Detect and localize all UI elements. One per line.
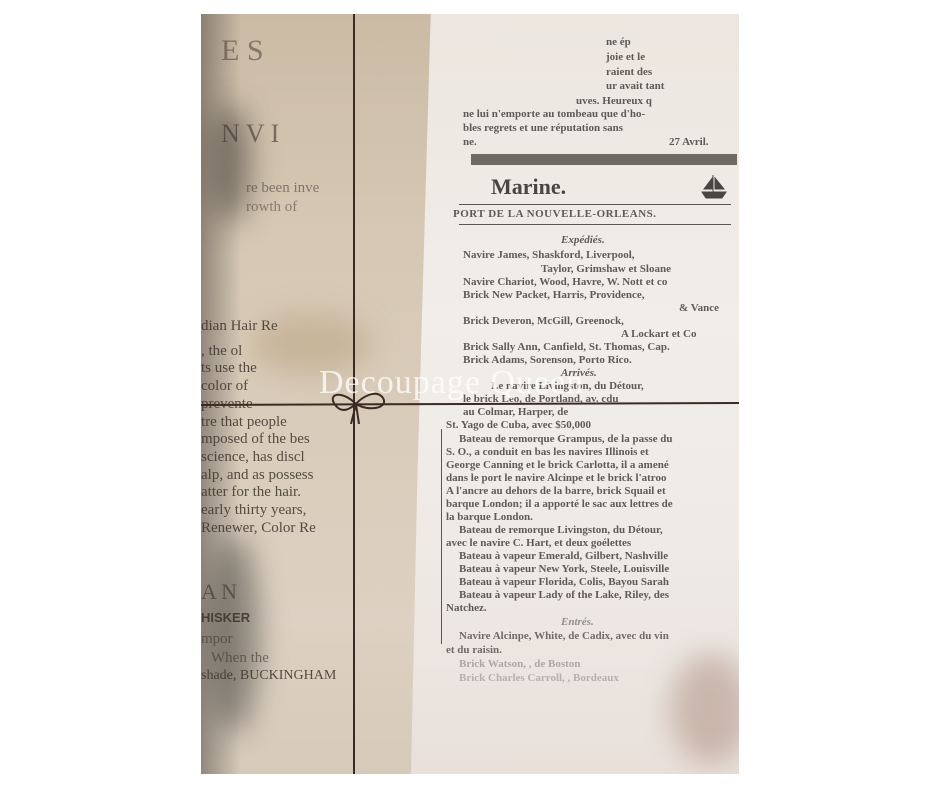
arrives-line: S. O., a conduit en bas les navires Illi… [446,446,649,458]
ship-icon [698,172,730,200]
left-text-line: atter for the hair. [201,484,301,501]
left-text-line: early thirty years, [201,502,306,519]
arrives-line: Bateau à vapeur Lady of the Lake, Riley,… [459,589,669,601]
arrives-line: la barque London. [446,511,533,523]
left-text-line: tre that people [201,414,287,431]
left-bottom-line: HISKER [201,610,250,625]
decoupage-sheet: E S N V I re been inve rowth of dian Hai… [201,14,739,774]
left-bottom-line: shade, BUCKINGHAM [201,668,336,684]
section-title: Marine. [491,174,566,200]
entres-line: Brick Watson, , de Boston [459,658,580,670]
arrives-line: barque London; il a apporté le sac aux l… [446,498,673,510]
expedies-line: Brick Deveron, McGill, Greenock, [463,315,624,327]
news-line: ur avait tant [606,80,664,92]
news-line: ne ép [606,36,631,48]
arrives-line: Bateau à vapeur New York, Steele, Louisv… [459,563,669,575]
arrives-line: Bateau à vapeur Florida, Colis, Bayou Sa… [459,576,669,588]
left-text-line: , the ol [201,343,242,360]
news-line: uves. Heureux q [576,95,652,107]
left-text-line: alp, and as possess [201,467,314,484]
left-text-line: mposed of the bes [201,431,310,448]
left-text-line: Renewer, Color Re [201,520,316,537]
left-bottom-line: mpor [201,631,233,648]
divider [459,204,731,205]
arrives-line: Natchez. [446,602,487,614]
arrives-line: A l'ancre au dehors de la barre, brick S… [446,485,666,497]
left-text-line: color of [201,378,248,395]
arrives-line: Bateau de remorque Livingston, du Détour… [459,524,663,536]
arrives-line: St. Yago de Cuba, avec $50,000 [446,419,591,431]
arrives-line: au Colmar, Harper, de [463,406,568,418]
news-line: ne. [463,136,477,148]
section-subtitle: PORT DE LA NOUVELLE-ORLEANS. [453,208,657,220]
arrives-line: dans le port le navire Alcinpe et le bri… [446,472,667,484]
expedies-line: Brick Sally Ann, Canfield, St. Thomas, C… [463,341,670,353]
expedies-line: Taylor, Grimshaw et Sloane [541,263,671,275]
column-rule [441,429,442,644]
divider [459,224,731,225]
left-bottom-line: A N [201,579,237,605]
left-fragment: N V I [221,119,279,149]
header-band [471,154,737,165]
expedies-line: & Vance [679,302,719,314]
expedies-line: Brick New Packet, Harris, Providence, [463,289,645,301]
expedies-heading: Expédiés. [561,234,605,246]
entres-line: Navire Alcinpe, White, de Cadix, avec du… [459,630,669,642]
left-text-line: ts use the [201,360,257,377]
arrives-line: Bateau de remorque Grampus, de la passe … [459,433,673,445]
left-fragment: re been inve [246,180,319,197]
entres-line: Brick Charles Carroll, , Bordeaux [459,672,619,684]
entres-line: et du raisin. [446,644,502,656]
arrives-line: Bateau à vapeur Emerald, Gilbert, Nashvi… [459,550,668,562]
expedies-line: Navire Chariot, Wood, Havre, W. Nott et … [463,276,667,288]
news-line: joie et le [606,51,645,63]
left-text-line: science, has discl [201,449,305,466]
arrives-line: avec le navire C. Hart, et deux goélette… [446,537,631,549]
entres-heading: Entrés. [561,616,594,628]
left-text-line: dian Hair Re [201,318,278,335]
expedies-line: Navire James, Shaskford, Liverpool, [463,249,635,261]
left-bottom-line: When the [211,650,269,667]
news-line: bles regrets et une réputation sans [463,122,623,134]
news-line: ne lui n'emporte au tombeau que d'ho- [463,108,645,120]
expedies-line: A Lockart et Co [621,328,696,340]
left-fragment: E S [221,34,264,68]
watermark-text: Decoupage Queen [319,364,584,402]
news-line: raient des [606,66,652,78]
arrives-line: George Canning et le brick Carlotta, il … [446,459,669,471]
news-line: 27 Avril. [669,136,709,148]
left-fragment: rowth of [246,199,297,216]
